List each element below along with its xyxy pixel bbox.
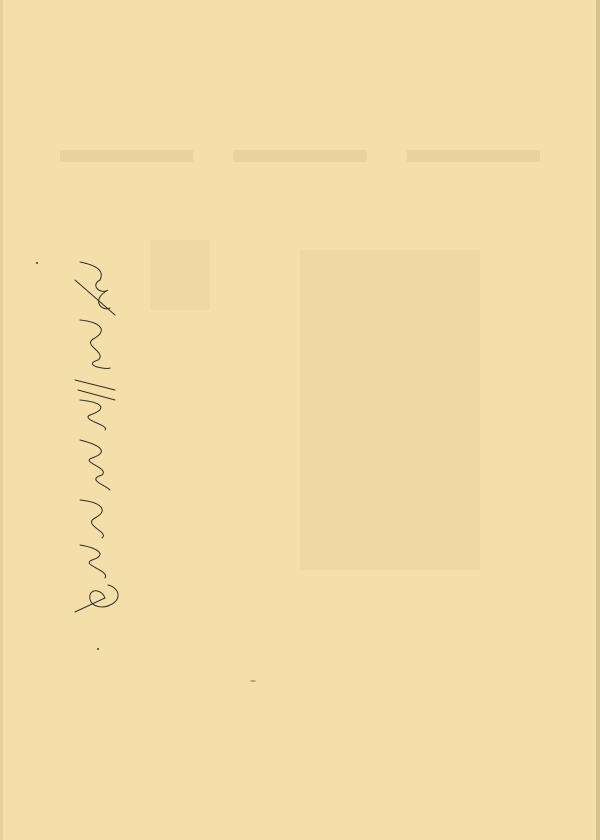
bleed-through-block <box>150 240 210 310</box>
ink-dot <box>97 648 99 650</box>
bleed-through-header <box>60 150 540 162</box>
paper-sheet <box>0 0 600 840</box>
paper-right-edge <box>596 0 600 840</box>
paper-left-edge <box>0 0 3 840</box>
handwritten-signature <box>60 240 140 620</box>
ink-dot <box>36 262 38 264</box>
bleed-through-block <box>300 250 480 570</box>
paper-mark <box>250 680 256 682</box>
